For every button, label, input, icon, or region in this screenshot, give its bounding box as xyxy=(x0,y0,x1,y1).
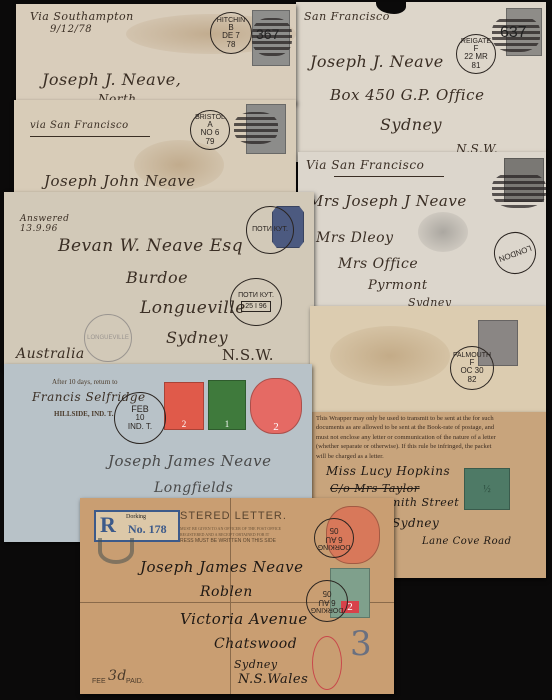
routing-note: via San Francisco xyxy=(30,120,129,131)
ink-smudge xyxy=(418,212,468,252)
postmark-year: 82 xyxy=(468,376,477,384)
indicium-us-2c: 2 xyxy=(250,378,302,434)
addressee-line-1: Joseph James Neave xyxy=(140,558,303,576)
addressee-line-4: Sydney xyxy=(166,328,228,347)
underline xyxy=(334,176,444,177)
postmark-town: LONGUEVILLE xyxy=(87,335,129,341)
postmark-date: 6 AU xyxy=(325,534,342,542)
stamp-us-1c-green: 1 xyxy=(208,380,246,430)
addressee-line-4: Sydney xyxy=(392,516,439,530)
instructions-line-3: RESS MUST BE WRITTEN ON THIS SIDE xyxy=(180,538,276,544)
addressee-line-1: Mrs Joseph J Neave xyxy=(308,192,467,210)
fee-paid: PAID. xyxy=(126,678,144,685)
addressee-line-2: Burdoe xyxy=(126,268,188,287)
postmark-year: 05 xyxy=(323,589,332,597)
photo-stage: San Francisco Joseph J. Neave Box 450 G.… xyxy=(0,0,552,700)
addressee-line-1: Joseph James Neave xyxy=(108,452,271,470)
postmark-hillside: FEB 10 IND. T. xyxy=(114,392,166,444)
stamp-us-2c-red: 2 xyxy=(164,382,204,430)
envelope-bristol: via San Francisco Joseph John Neave BRIS… xyxy=(14,100,296,195)
envelope-russia: Answered 13.9.96 Bevan W. Neave Esq Burd… xyxy=(4,192,314,368)
postmark-dorking-2: DORKING 6 AU 05 xyxy=(306,580,348,622)
addressee-line-6: N.S.Wales xyxy=(238,672,308,687)
postmark-year: 05 xyxy=(330,526,339,534)
addressee-line-3: Victoria Avenue xyxy=(180,610,308,628)
envelope-hitchin: Via Southampton 9/12/78 Joseph J. Neave,… xyxy=(16,4,296,104)
addressee-line-5: Sydney xyxy=(234,658,278,671)
label-office: Dorking xyxy=(126,514,146,520)
envelope-registered: R Dorking No. 178 STERED LETTER. MUST BE… xyxy=(80,498,394,694)
addressee-line-3: Mrs Office xyxy=(338,256,418,272)
postmark-year: 79 xyxy=(206,138,215,146)
pencil-mark: 3 xyxy=(350,624,372,664)
addressee-line-1: Joseph John Neave xyxy=(44,172,196,190)
addressee-line-4: Pyrmont xyxy=(368,278,428,293)
postmark-hitchin: HITCHIN B DE 7 78 xyxy=(210,12,252,54)
label-prefix: R xyxy=(100,512,116,538)
postmark-departure: ПОТИ КУТ. xyxy=(246,206,294,254)
postmark-town: DORKING xyxy=(318,543,351,550)
addressee-line-4: Chatswood xyxy=(214,636,297,652)
postmark-state: IND. T. xyxy=(128,423,152,431)
addressee-line-5: N.S.W. xyxy=(222,346,274,364)
registered-watermark-r xyxy=(98,538,134,564)
indicium-queensland: ½ xyxy=(464,468,510,510)
indicium-value: 2 xyxy=(273,421,279,433)
postmark-town: DORKING xyxy=(311,606,344,613)
addressee-line-2: Box 450 G.P. Office xyxy=(330,86,484,104)
cancel-numeral: 367 xyxy=(256,26,279,42)
addressee-line-2: Mrs Dleoy xyxy=(316,230,394,246)
postmark-town: ПОТИ КУТ. xyxy=(252,226,288,233)
postmark-date: 6 AU xyxy=(318,597,335,605)
red-oval-handstamp xyxy=(312,636,342,690)
envelope-reigate: San Francisco Joseph J. Neave Box 450 G.… xyxy=(296,2,546,162)
postmark-falmouth: FALMOUTH F OC 30 82 xyxy=(450,346,494,390)
postmark-reigate: REIGATE F 22 MR 81 xyxy=(456,34,496,74)
addressee-line-2: C/o Mrs Taylor xyxy=(330,482,420,495)
label-number: No. 178 xyxy=(128,522,167,537)
return-text: After 10 days, return to xyxy=(52,378,118,386)
postmark-bristol: BRISTOL A NO 6 79 xyxy=(190,110,230,150)
instructions-line-1: MUST BE GIVEN TO AN OFFICER OF THE POST … xyxy=(180,526,281,531)
sender-address: HILLSIDE, IND. T. xyxy=(54,410,113,418)
indicium-value: ½ xyxy=(483,484,491,495)
addressee-line-1: Miss Lucy Hopkins xyxy=(326,464,450,478)
instructions-line-2: REGISTERED AND A RECEIPT OBTAINED FOR IT xyxy=(180,532,269,537)
postmark-town: ПОТИ КУТ. xyxy=(238,292,274,299)
postmark-london: LONDON xyxy=(488,226,542,280)
stamp-value: 1 xyxy=(225,419,230,429)
registered-heading: STERED LETTER. xyxy=(180,510,287,522)
postmark-dorking-1: DORKING 6 AU 05 xyxy=(314,518,354,558)
stamp-value: 2 xyxy=(182,419,187,429)
fee-amount: 3d xyxy=(108,668,127,684)
postmark-year: 81 xyxy=(472,62,481,70)
postmark-town: LONDON xyxy=(497,243,532,263)
routing-note: Via Southampton xyxy=(30,10,134,23)
cancel-numeral: 637 xyxy=(500,24,527,42)
numeral-cancel xyxy=(234,112,278,144)
addressee-line-3: Sydney xyxy=(380,115,442,134)
routing-note: San Francisco xyxy=(304,10,390,23)
addressee-line-1: Bevan W. Neave Esq xyxy=(58,236,243,256)
routing-note: Via San Francisco xyxy=(306,158,424,172)
postmark-arrival-longueville: LONGUEVILLE xyxy=(84,314,132,362)
country: Australia xyxy=(16,346,85,362)
date-note: 9/12/78 xyxy=(50,24,92,35)
addressee-line-2: Longfields xyxy=(154,480,233,496)
numeral-cancel xyxy=(492,172,546,208)
docket-note: Answered 13.9.96 xyxy=(20,214,60,234)
envelope-falmouth: FALMOUTH F OC 30 82 xyxy=(310,306,546,416)
wrapper-notice: This Wrapper may only be used to transmi… xyxy=(316,414,496,461)
postmark-poti: ПОТИ КУТ. 25 I 96 xyxy=(230,278,282,326)
underline xyxy=(30,136,150,137)
postmark-year: 78 xyxy=(227,41,236,49)
addressee-line-1: Joseph J. Neave, xyxy=(42,70,181,89)
forward-note: Lane Cove Road xyxy=(422,536,511,547)
fee-text: FEE xyxy=(92,678,106,685)
foxing xyxy=(330,326,450,386)
postmark-date: 25 I 96 xyxy=(241,301,270,312)
envelope-san-francisco: Via San Francisco Mrs Joseph J Neave Mrs… xyxy=(298,152,546,310)
addressee-line-1: Joseph J. Neave xyxy=(310,52,444,71)
addressee-line-2: Roblen xyxy=(200,584,253,600)
